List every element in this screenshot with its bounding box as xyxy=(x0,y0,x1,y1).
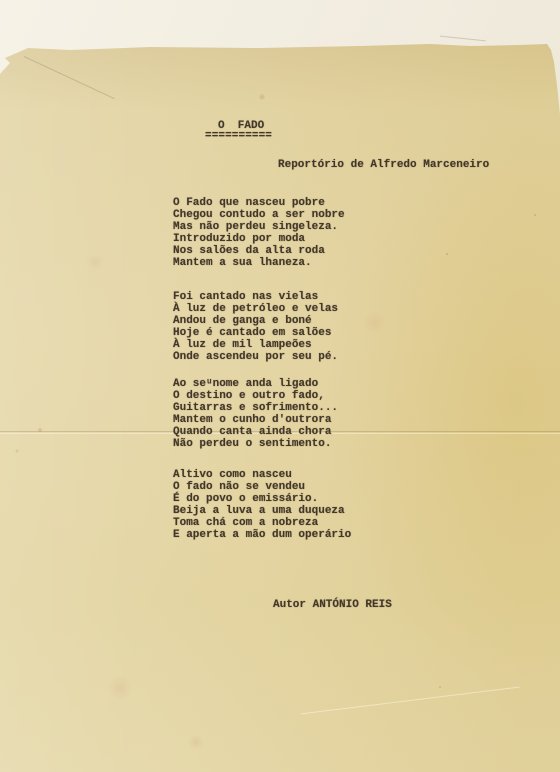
poem-line: À luz de mil lampeões xyxy=(173,339,338,351)
poem-line: Onde ascendeu por seu pé. xyxy=(173,351,338,363)
poem-stanza-1: O Fado que nasceu pobre Chegou contudo a… xyxy=(173,197,345,269)
poem-line: É do povo o emissário. xyxy=(173,493,351,505)
corner-crease xyxy=(24,56,115,99)
poem-line: Foi cantado nas vielas xyxy=(173,291,338,303)
poem-line: Introduzido por moda xyxy=(173,233,345,245)
poem-line: Ao seᵘnome anda ligado xyxy=(173,378,338,390)
poem-line: Mas não perdeu singeleza. xyxy=(173,221,345,233)
poem-line: O destino e outro fado, xyxy=(173,390,338,402)
poem-subtitle: Reportório de Alfredo Marceneiro xyxy=(278,159,489,171)
poem-line: Beija a luva a uma duqueza xyxy=(173,505,351,517)
poem-line: E aperta a mão dum operário xyxy=(173,529,351,541)
poem-line: Mantem o cunho d'outrora xyxy=(173,414,338,426)
poem-line: Quando canta ainda chora xyxy=(173,426,338,438)
poem-line: Nos salões da alta roda xyxy=(173,245,345,257)
scan-backdrop: O FADO ========== Reportório de Alfredo … xyxy=(0,0,560,772)
author-line: Autor ANTÓNIO REIS xyxy=(273,599,392,611)
poem-line: Hoje é cantado em salões xyxy=(173,327,338,339)
poem-line: O Fado que nasceu pobre xyxy=(173,197,345,209)
poem-stanza-2: Foi cantado nas vielas À luz de petróleo… xyxy=(173,291,338,363)
poem-line: À luz de petróleo e velas xyxy=(173,303,338,315)
wall-crack xyxy=(440,36,486,42)
poem-stanza-3: Ao seᵘnome anda ligado O destino e outro… xyxy=(173,378,338,450)
paper-wrinkle xyxy=(301,687,519,715)
poem-line: Mantem a sua lhaneza. xyxy=(173,257,345,269)
poem-stanza-4: Altivo como nasceu O fado não se vendeu … xyxy=(173,469,351,541)
poem-line: Não perdeu o sentimento. xyxy=(173,438,338,450)
poem-line: Andou de ganga e boné xyxy=(173,315,338,327)
poem-line: Guitarras e sofrimento... xyxy=(173,402,338,414)
paper-sheet: O FADO ========== Reportório de Alfredo … xyxy=(0,0,560,772)
poem-line: Altivo como nasceu xyxy=(173,469,351,481)
poem-line: Chegou contudo a ser nobre xyxy=(173,209,345,221)
poem-line: Toma chá com a nobreza xyxy=(173,517,351,529)
poem-line: O fado não se vendeu xyxy=(173,481,351,493)
poem-title-underline: ========== xyxy=(205,130,272,142)
